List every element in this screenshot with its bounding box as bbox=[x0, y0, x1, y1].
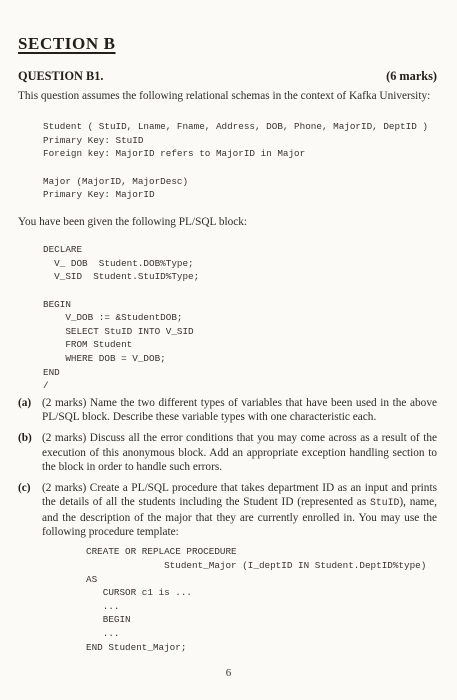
plsql-code-block: DECLARE V_ DOB Student.DOB%Type; V_SID S… bbox=[43, 243, 437, 393]
page-number: 6 bbox=[0, 667, 457, 679]
part-c-text: (2 marks) Create a PL/SQL procedure that… bbox=[42, 481, 437, 539]
part-b-text: (2 marks) Discuss all the error conditio… bbox=[42, 431, 437, 474]
part-c-label: (c) bbox=[18, 481, 31, 495]
procedure-template-block: CREATE OR REPLACE PROCEDURE Student_Majo… bbox=[86, 545, 437, 654]
part-b-label: (b) bbox=[18, 431, 32, 445]
part-a: (a) (2 marks) Name the two different typ… bbox=[18, 396, 437, 425]
question-marks: (6 marks) bbox=[386, 69, 437, 84]
part-c: (c) (2 marks) Create a PL/SQL procedure … bbox=[18, 481, 437, 654]
plsql-intro-paragraph: You have been given the following PL/SQL… bbox=[18, 215, 437, 229]
part-c-inline-code: StuID bbox=[370, 497, 399, 508]
intro-paragraph: This question assumes the following rela… bbox=[18, 89, 437, 103]
part-b: (b) (2 marks) Discuss all the error cond… bbox=[18, 431, 437, 474]
question-header: QUESTION B1. (6 marks) bbox=[18, 69, 437, 84]
part-a-label: (a) bbox=[18, 396, 31, 410]
question-label: QUESTION B1. bbox=[18, 69, 103, 84]
exam-page: SECTION B QUESTION B1. (6 marks) This qu… bbox=[0, 0, 457, 700]
section-title: SECTION B bbox=[18, 34, 437, 53]
schema-code-block: Student ( StuID, Lname, Fname, Address, … bbox=[43, 120, 437, 202]
part-a-text: (2 marks) Name the two different types o… bbox=[42, 396, 437, 425]
